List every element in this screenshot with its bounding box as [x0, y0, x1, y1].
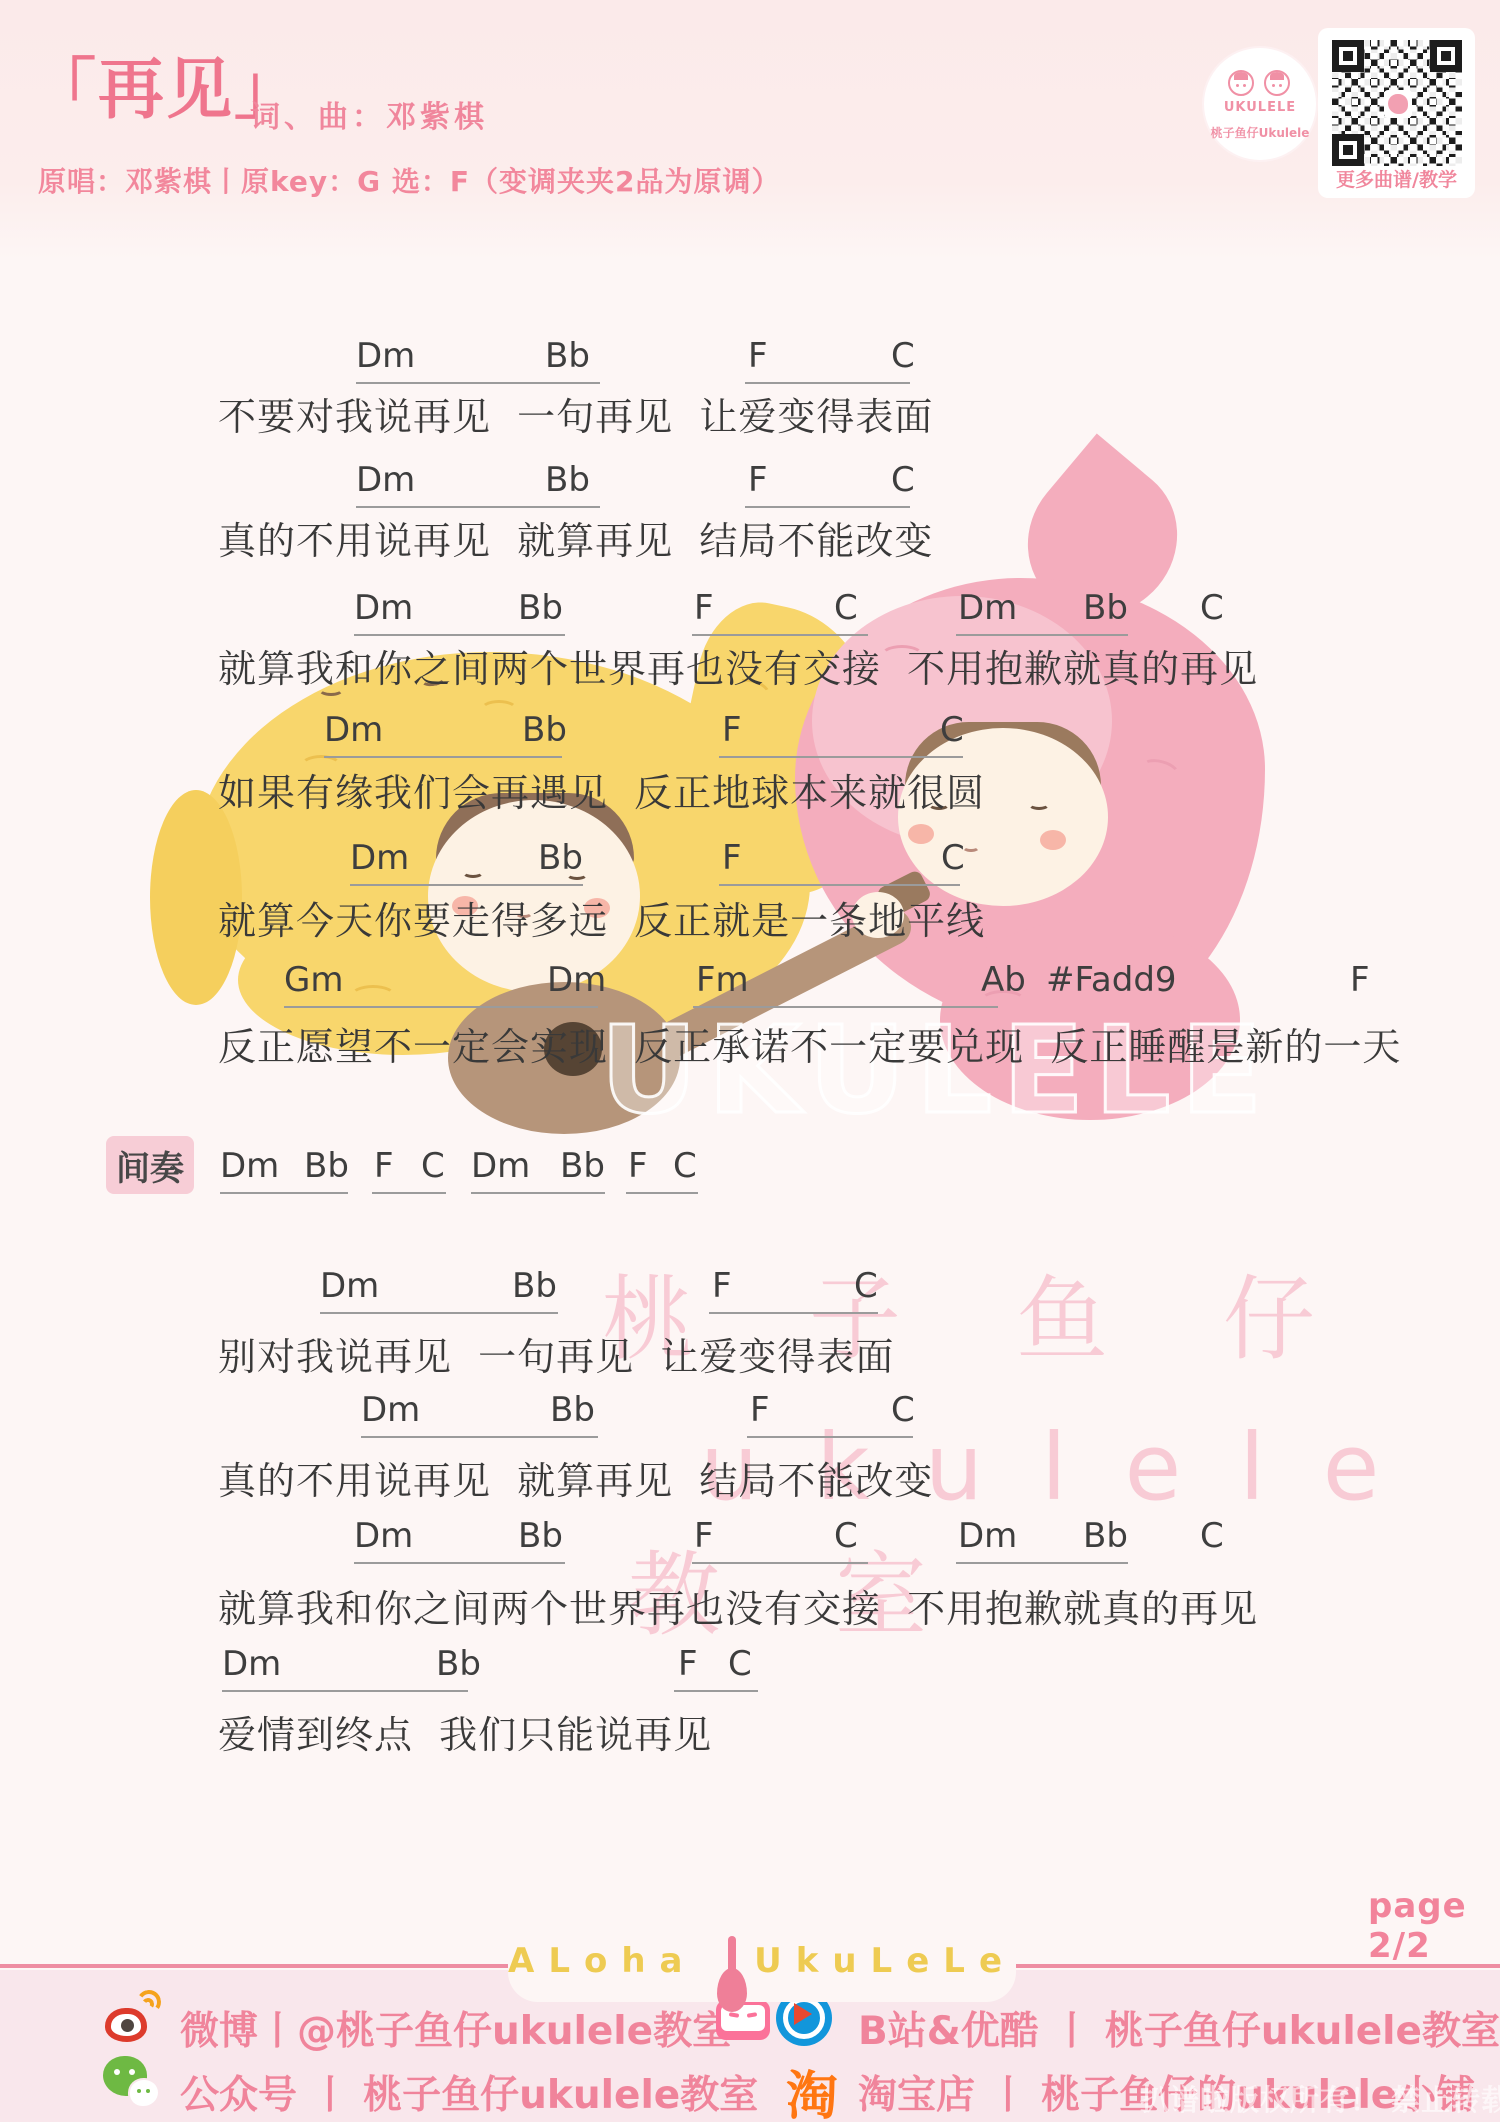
chord-label: F — [748, 460, 768, 500]
chord-label: F — [628, 1146, 648, 1186]
chord-underline — [361, 1436, 598, 1438]
chord-label: Bb — [550, 1390, 595, 1430]
chord-label: C — [1200, 588, 1224, 628]
chord-label: Dm — [320, 1266, 379, 1306]
chord-label: Bb — [538, 838, 583, 878]
chord-underline — [626, 1192, 698, 1194]
chord-label: Bb — [518, 588, 563, 628]
chord-label: Dm — [361, 1390, 420, 1430]
aloha-ukulele-divider: ALoha UkuLeLe — [508, 1920, 1016, 2002]
chord-label: #Fadd9 — [1046, 960, 1177, 1000]
chord-underline — [956, 1562, 1128, 1564]
chord-label: F — [748, 336, 768, 376]
chord-label: C — [891, 336, 915, 376]
chord-underline — [356, 506, 600, 508]
chord-label: Dm — [958, 1516, 1017, 1556]
chord-underline — [709, 1312, 878, 1314]
chord-underline — [719, 756, 963, 758]
chord-underline — [354, 1562, 565, 1564]
footer-divider-line — [1016, 1964, 1500, 1968]
chord-label: Dm — [324, 710, 383, 750]
chord-underline — [693, 1006, 998, 1008]
weibo-icon — [103, 1990, 161, 2048]
chord-label: Bb — [304, 1146, 349, 1186]
chord-label: C — [1200, 1516, 1224, 1556]
chord-label: Bb — [512, 1266, 557, 1306]
chord-label: C — [854, 1266, 878, 1306]
lyric-line: 别对我说再见 一句再见 让爱变得表面 — [218, 1326, 894, 1381]
chord-label: Bb — [545, 460, 590, 500]
lyric-line: 反正愿望不一定会实现 反正承诺不一定要兑现 反正睡醒是新的一天 — [218, 1016, 1401, 1071]
lyric-line: 如果有缘我们会再遇见 反正地球本来就很圆 — [218, 762, 985, 817]
chord-label: Gm — [284, 960, 343, 1000]
chord-underline — [745, 506, 910, 508]
chord-underline — [692, 634, 868, 636]
chord-label: Dm — [547, 960, 606, 1000]
chord-underline — [356, 382, 600, 384]
ukulele-icon — [715, 1936, 749, 2014]
song-body: DmBbFC不要对我说再见 一句再见 让爱变得表面DmBbFC真的不用说再见 就… — [0, 0, 1500, 2122]
chord-label: Dm — [356, 336, 415, 376]
chord-label: C — [891, 1390, 915, 1430]
chord-label: Bb — [436, 1644, 481, 1684]
chord-label: Ab — [981, 960, 1026, 1000]
lyric-line: 真的不用说再见 就算再见 结局不能改变 — [218, 510, 933, 565]
chord-label: Dm — [471, 1146, 530, 1186]
taobao-icon: 淘 — [786, 2054, 838, 2122]
chord-label: C — [421, 1146, 445, 1186]
lyric-line: 就算我和你之间两个世界再也没有交接 不用抱歉就真的再见 — [218, 638, 1258, 693]
copyright-watermark: 扒谱啦版权所有！ 禁止转载 — [1140, 2078, 1500, 2119]
chord-label: C — [673, 1146, 697, 1186]
chord-underline — [745, 382, 910, 384]
chord-underline — [350, 884, 583, 886]
footer-wechat-text: 公众号 丨 桃子鱼仔ukulele教室 — [180, 2064, 758, 2120]
chord-label: F — [750, 1390, 770, 1430]
chord-label: C — [940, 710, 964, 750]
lyric-line: 不要对我说再见 一句再见 让爱变得表面 — [218, 386, 933, 441]
chord-underline — [222, 1690, 468, 1692]
chord-label: F — [694, 588, 714, 628]
chord-underline — [719, 884, 960, 886]
chord-underline — [747, 1436, 913, 1438]
lyric-line: 就算今天你要走得多远 反正就是一条地平线 — [218, 890, 985, 945]
lyric-line: 爱情到终点 我们只能说再见 — [218, 1704, 712, 1759]
chord-underline — [220, 1192, 348, 1194]
chord-label: Bb — [1083, 1516, 1128, 1556]
chord-label: Dm — [354, 1516, 413, 1556]
chord-underline — [284, 1006, 598, 1008]
chord-underline — [674, 1690, 758, 1692]
wechat-icon — [103, 2054, 161, 2112]
chord-label: C — [891, 460, 915, 500]
chord-label: F — [374, 1146, 394, 1186]
chord-label: F — [694, 1516, 714, 1556]
chord-label: Dm — [222, 1644, 281, 1684]
chord-underline — [692, 1562, 868, 1564]
chord-label: Dm — [350, 838, 409, 878]
chord-label: Bb — [522, 710, 567, 750]
chord-label: C — [728, 1644, 752, 1684]
chord-label: Bb — [560, 1146, 605, 1186]
chord-label: Dm — [356, 460, 415, 500]
chord-label: F — [722, 838, 742, 878]
chord-label: C — [941, 838, 965, 878]
chord-underline — [354, 634, 565, 636]
interlude-label: 间奏 — [106, 1136, 194, 1194]
chord-label: F — [1350, 960, 1370, 1000]
chord-label: Dm — [220, 1146, 279, 1186]
chord-label: Bb — [1083, 588, 1128, 628]
lyric-line: 就算我和你之间两个世界再也没有交接 不用抱歉就真的再见 — [218, 1578, 1258, 1633]
chord-underline — [471, 1192, 605, 1194]
chord-label: F — [722, 710, 742, 750]
chord-label: C — [834, 588, 858, 628]
chord-underline — [324, 756, 562, 758]
chord-label: F — [678, 1644, 698, 1684]
divider-text-right: UkuLeLe — [754, 1941, 1016, 1981]
chord-label: Bb — [518, 1516, 563, 1556]
chord-underline — [956, 634, 1128, 636]
chord-label: Dm — [958, 588, 1017, 628]
lyric-line: 真的不用说再见 就算再见 结局不能改变 — [218, 1450, 933, 1505]
chord-label: Dm — [354, 588, 413, 628]
chord-label: F — [712, 1266, 732, 1306]
footer-weibo-text: 微博丨@桃子鱼仔ukulele教室 — [180, 2000, 731, 2056]
page-number: page 2/2 — [1368, 1886, 1500, 1966]
chord-underline — [320, 1312, 558, 1314]
chord-underline — [372, 1192, 446, 1194]
chord-label: C — [834, 1516, 858, 1556]
footer-divider-line — [0, 1964, 518, 1968]
chord-sheet-page: UKULELE 桃子鱼仔 ukulele 教室 「再见」 词、曲：邓紫棋 原唱：… — [0, 0, 1500, 2122]
footer-video-text: B站&优酷 丨 桃子鱼仔ukulele教室 — [858, 2000, 1500, 2056]
chord-label: Bb — [545, 336, 590, 376]
divider-text-left: ALoha — [508, 1941, 697, 1981]
chord-label: Fm — [696, 960, 749, 1000]
